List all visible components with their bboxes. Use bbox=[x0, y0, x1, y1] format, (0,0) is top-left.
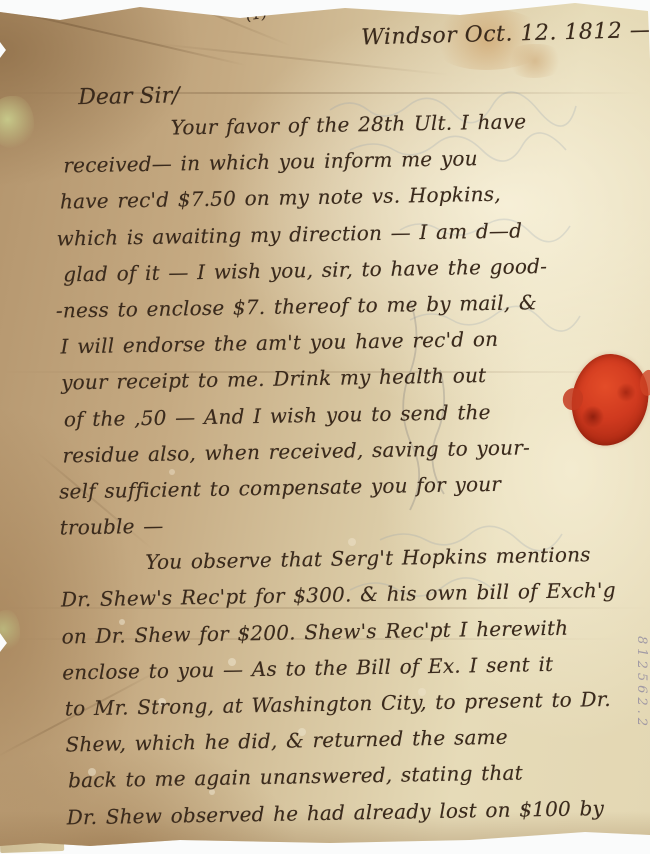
letter-body: Your favor of the 28th Ult. I havereceiv… bbox=[53, 107, 644, 841]
paper-speckles bbox=[0, 0, 4, 4]
scanned-letter: (1) Windsor Oct. 12. 1812 — Dear Sir/ Yo… bbox=[0, 0, 650, 854]
page-number-marker: (1) bbox=[245, 4, 268, 24]
catalog-number: 812562.2 bbox=[634, 636, 649, 796]
letter-paper: (1) Windsor Oct. 12. 1812 — Dear Sir/ Yo… bbox=[0, 0, 650, 854]
salutation: Dear Sir/ bbox=[78, 83, 180, 110]
letter-content: (1) Windsor Oct. 12. 1812 — Dear Sir/ Yo… bbox=[0, 0, 650, 854]
dateline: Windsor Oct. 12. 1812 — bbox=[361, 18, 650, 51]
